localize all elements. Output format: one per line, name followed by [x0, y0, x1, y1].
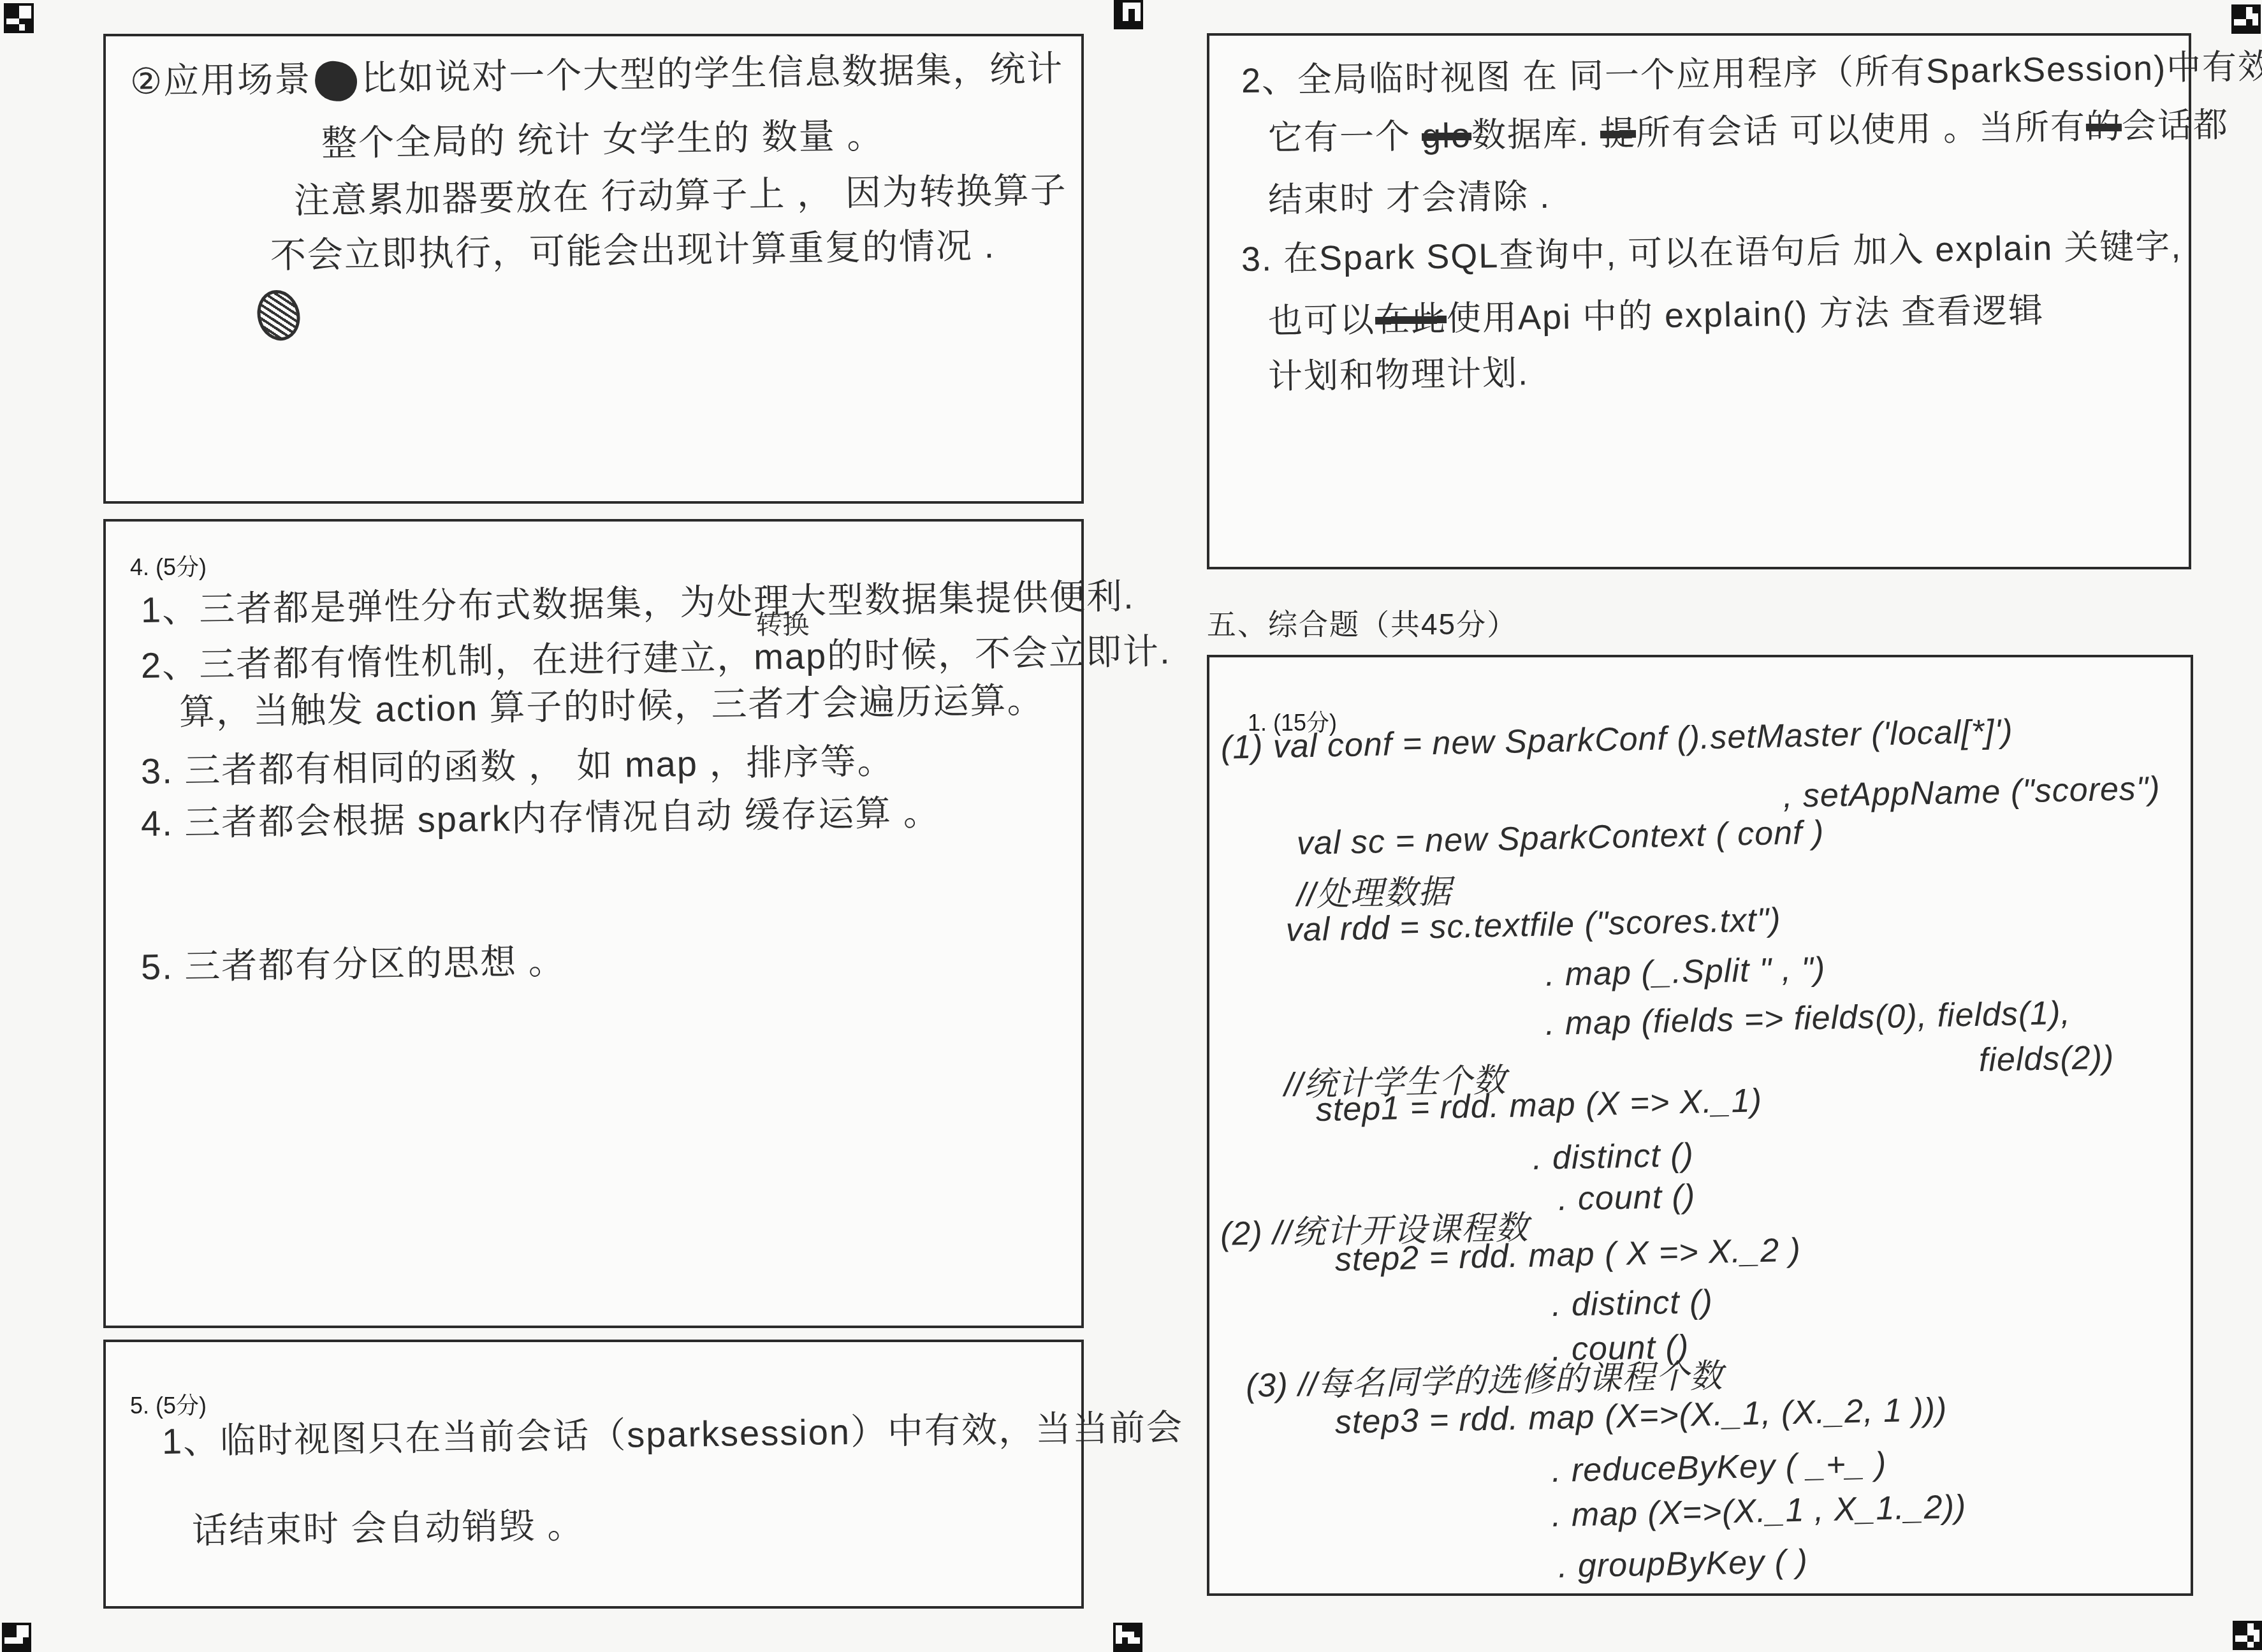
handwritten-line: 也可以在此使用Api 中的 explain() 方法 查看逻辑	[1267, 283, 2044, 343]
handwriting-text: 不会立即执行，可能会出现计算重复的情况 .	[270, 225, 996, 275]
fiducial-marker-bottom-right-icon	[2233, 1621, 2262, 1650]
handwritten-line: 它有一个 glo数据库. 提所有会话 可以使用 。当所有的会话都	[1267, 98, 2229, 160]
handwriting-text: step1 = rdd. map (X => X._1)	[1315, 1082, 1762, 1129]
handwritten-line: 话结束时 会自动销毁 。	[191, 1497, 584, 1554]
handwriting-text: 3. 在Spark SQL查询中, 可以在语句后 加入 explain 关键字,	[1241, 227, 2182, 279]
handwritten-code-line: . map (X=>(X._1 , X_1._2))	[1551, 1488, 1966, 1535]
handwritten-line: ②应用场景比如说对一个大型的学生信息数据集，统计	[129, 41, 1063, 105]
handwritten-code-line: . distinct ()	[1551, 1283, 1713, 1324]
fiducial-marker-bottom-left-icon	[2, 1623, 31, 1652]
handwriting-text: 3. 三者都有相同的函数 ， 如 map ，排序等。	[141, 741, 894, 791]
answer-box-question-4-answer: 4. (5分)1、三者都是弹性分布式数据集，为处理大型数据集提供便利.2、三者都…	[103, 519, 1084, 1328]
handwritten-code-line: . count ()	[1558, 1178, 1695, 1218]
handwriting-text: 2、全局临时视图 在 同一个应用程序（所有SparkSession)中有效	[1241, 47, 2262, 100]
handwritten-line: 2、全局临时视图 在 同一个应用程序（所有SparkSession)中有效	[1241, 39, 2262, 103]
handwritten-code-line: (1) val conf = new SparkConf ().setMaste…	[1220, 712, 2013, 767]
handwriting-text: 话结束时 会自动销毁 。	[192, 1505, 585, 1551]
struck-through-text: 的	[2086, 107, 2122, 146]
fiducial-marker-top-center-icon	[1114, 0, 1143, 29]
handwriting-text: 它有一个	[1268, 117, 1422, 157]
handwriting-text: . map (X=>(X._1 , X_1._2))	[1551, 1488, 1966, 1534]
handwriting-text: 1、三者都是弹性分布式数据集，为处理大型数据集提供便利.	[141, 576, 1135, 630]
fiducial-marker-bottom-center-icon	[1113, 1623, 1142, 1652]
handwritten-code-line: fields(2))	[1978, 1039, 2114, 1079]
answer-box-comprehensive-q1-code: 1. (15分)(1) val conf = new SparkConf ().…	[1207, 655, 2193, 1596]
handwritten-code-line: . groupByKey ( )	[1558, 1542, 1808, 1586]
handwritten-code-line: . distinct ()	[1532, 1136, 1694, 1178]
handwriting-text: 数据库.	[1471, 115, 1601, 155]
crossed-out-scribble	[252, 285, 305, 345]
handwritten-line: 注意累加器要放在 行动算子上 ， 因为转换算子	[293, 162, 1067, 224]
inserted-annotation: 转换	[755, 603, 810, 642]
handwritten-code-line: . map (fields => fields(0), fields(1),	[1545, 994, 2071, 1043]
struck-through-text: glo	[1422, 117, 1472, 156]
handwriting-text: 整个全局的 统计 女学生的 数量 。	[321, 115, 884, 163]
struck-through-text: 在此	[1375, 300, 1447, 339]
handwriting-text: 比如说对一个大型的学生信息数据集，统计	[361, 48, 1064, 98]
answer-box-question-5-answer: 5. (5分)1、临时视图只在当前会话（sparksession）中有效，当当前…	[103, 1340, 1084, 1609]
handwriting-text: 4. 三者都会根据 spark内存情况自动 缓存运算 。	[141, 792, 941, 844]
handwritten-line: 计划和物理计划.	[1267, 346, 1529, 398]
handwriting-text: 1、临时视图只在当前会话（sparksession）中有效，当当前会	[162, 1407, 1184, 1461]
handwriting-text: . distinct ()	[1551, 1283, 1713, 1324]
fiducial-marker-top-right-icon	[2231, 4, 2261, 34]
handwriting-text: 注意累加器要放在 行动算子上 ， 因为转换算子	[294, 170, 1067, 221]
handwritten-line: 4. 三者都会根据 spark内存情况自动 缓存运算 。	[140, 784, 940, 846]
handwritten-line: 结束时 才会清除 .	[1267, 169, 1551, 222]
handwriting-text: . map (fields => fields(0), fields(1),	[1545, 995, 2071, 1042]
handwriting-text: 算，当触发 action 算子的时候，三者才会遍历运算。	[179, 680, 1044, 732]
handwriting-text: val sc = new SparkContext ( conf )	[1296, 814, 1824, 862]
handwritten-code-line: . reduceByKey ( _+_ )	[1551, 1445, 1887, 1490]
handwritten-line: 不会立即执行，可能会出现计算重复的情况 .	[270, 217, 995, 279]
answer-box-views-and-explain-answer: 2、全局临时视图 在 同一个应用程序（所有SparkSession)中有效它有一…	[1207, 33, 2191, 569]
question-label: 4. (5分)	[130, 550, 207, 582]
handwritten-code-line: . map (_.Split " , ")	[1545, 950, 1826, 994]
handwriting-text: . count ()	[1558, 1178, 1695, 1217]
handwriting-text: . reduceByKey ( _+_ )	[1551, 1445, 1886, 1489]
scribbled-out-character	[313, 59, 360, 104]
answer-box-accumulator-answer: ②应用场景比如说对一个大型的学生信息数据集，统计整个全局的 统计 女学生的 数量…	[103, 34, 1084, 504]
handwritten-code-line: , setAppName ("scores")	[1783, 770, 2161, 815]
handwriting-text: 计划和物理计划.	[1268, 354, 1529, 396]
handwriting-text: 会话都	[2122, 106, 2229, 145]
fiducial-marker-top-left-icon	[4, 3, 34, 33]
handwritten-line: 3. 三者都有相同的函数 ， 如 map ，排序等。	[140, 733, 894, 794]
handwritten-line: 1、三者都是弹性分布式数据集，为处理大型数据集提供便利.	[140, 568, 1135, 633]
handwriting-text: 也可以	[1268, 301, 1376, 340]
handwriting-text: 结束时 才会清除 .	[1268, 177, 1551, 219]
handwriting-text: . map (_.Split " , ")	[1545, 951, 1825, 993]
handwritten-line: 5. 三者都有分区的思想 。	[140, 933, 565, 990]
handwritten-line: 3. 在Spark SQL查询中, 可以在语句后 加入 explain 关键字,	[1241, 219, 2182, 281]
scanned-answer-sheet: ②应用场景比如说对一个大型的学生信息数据集，统计整个全局的 统计 女学生的 数量…	[0, 0, 2262, 1652]
section-heading: 五、综合题（共45分）	[1207, 601, 1517, 643]
handwriting-text: 使用Api 中的 explain() 方法 查看逻辑	[1447, 291, 2045, 338]
handwriting-text: ②应用场景	[130, 59, 312, 101]
handwritten-line: 整个全局的 统计 女学生的 数量 。	[321, 108, 884, 166]
annotated-word: 转换map	[754, 635, 828, 678]
handwriting-text: 5. 三者都有分区的思想 。	[141, 941, 566, 987]
struck-through-text: 提	[1600, 114, 1637, 153]
handwriting-text: 的时候，不会立即计.	[827, 631, 1171, 676]
handwritten-code-line: val sc = new SparkContext ( conf )	[1296, 814, 1824, 863]
handwriting-text: fields(2))	[1978, 1039, 2114, 1079]
handwriting-text: . distinct ()	[1532, 1137, 1694, 1177]
handwriting-text: , setAppName ("scores")	[1783, 770, 2161, 815]
handwriting-text: 所有会话 可以使用 。当所有	[1636, 108, 2087, 152]
handwritten-line	[257, 289, 300, 341]
handwriting-text: step2 = rdd. map ( X => X._2 )	[1334, 1232, 1801, 1278]
handwritten-line: 1、临时视图只在当前会话（sparksession）中有效，当当前会	[161, 1400, 1183, 1465]
handwriting-text: . groupByKey ( )	[1558, 1543, 1808, 1585]
handwriting-text: (1) val conf = new SparkConf ().setMaste…	[1220, 713, 2013, 766]
